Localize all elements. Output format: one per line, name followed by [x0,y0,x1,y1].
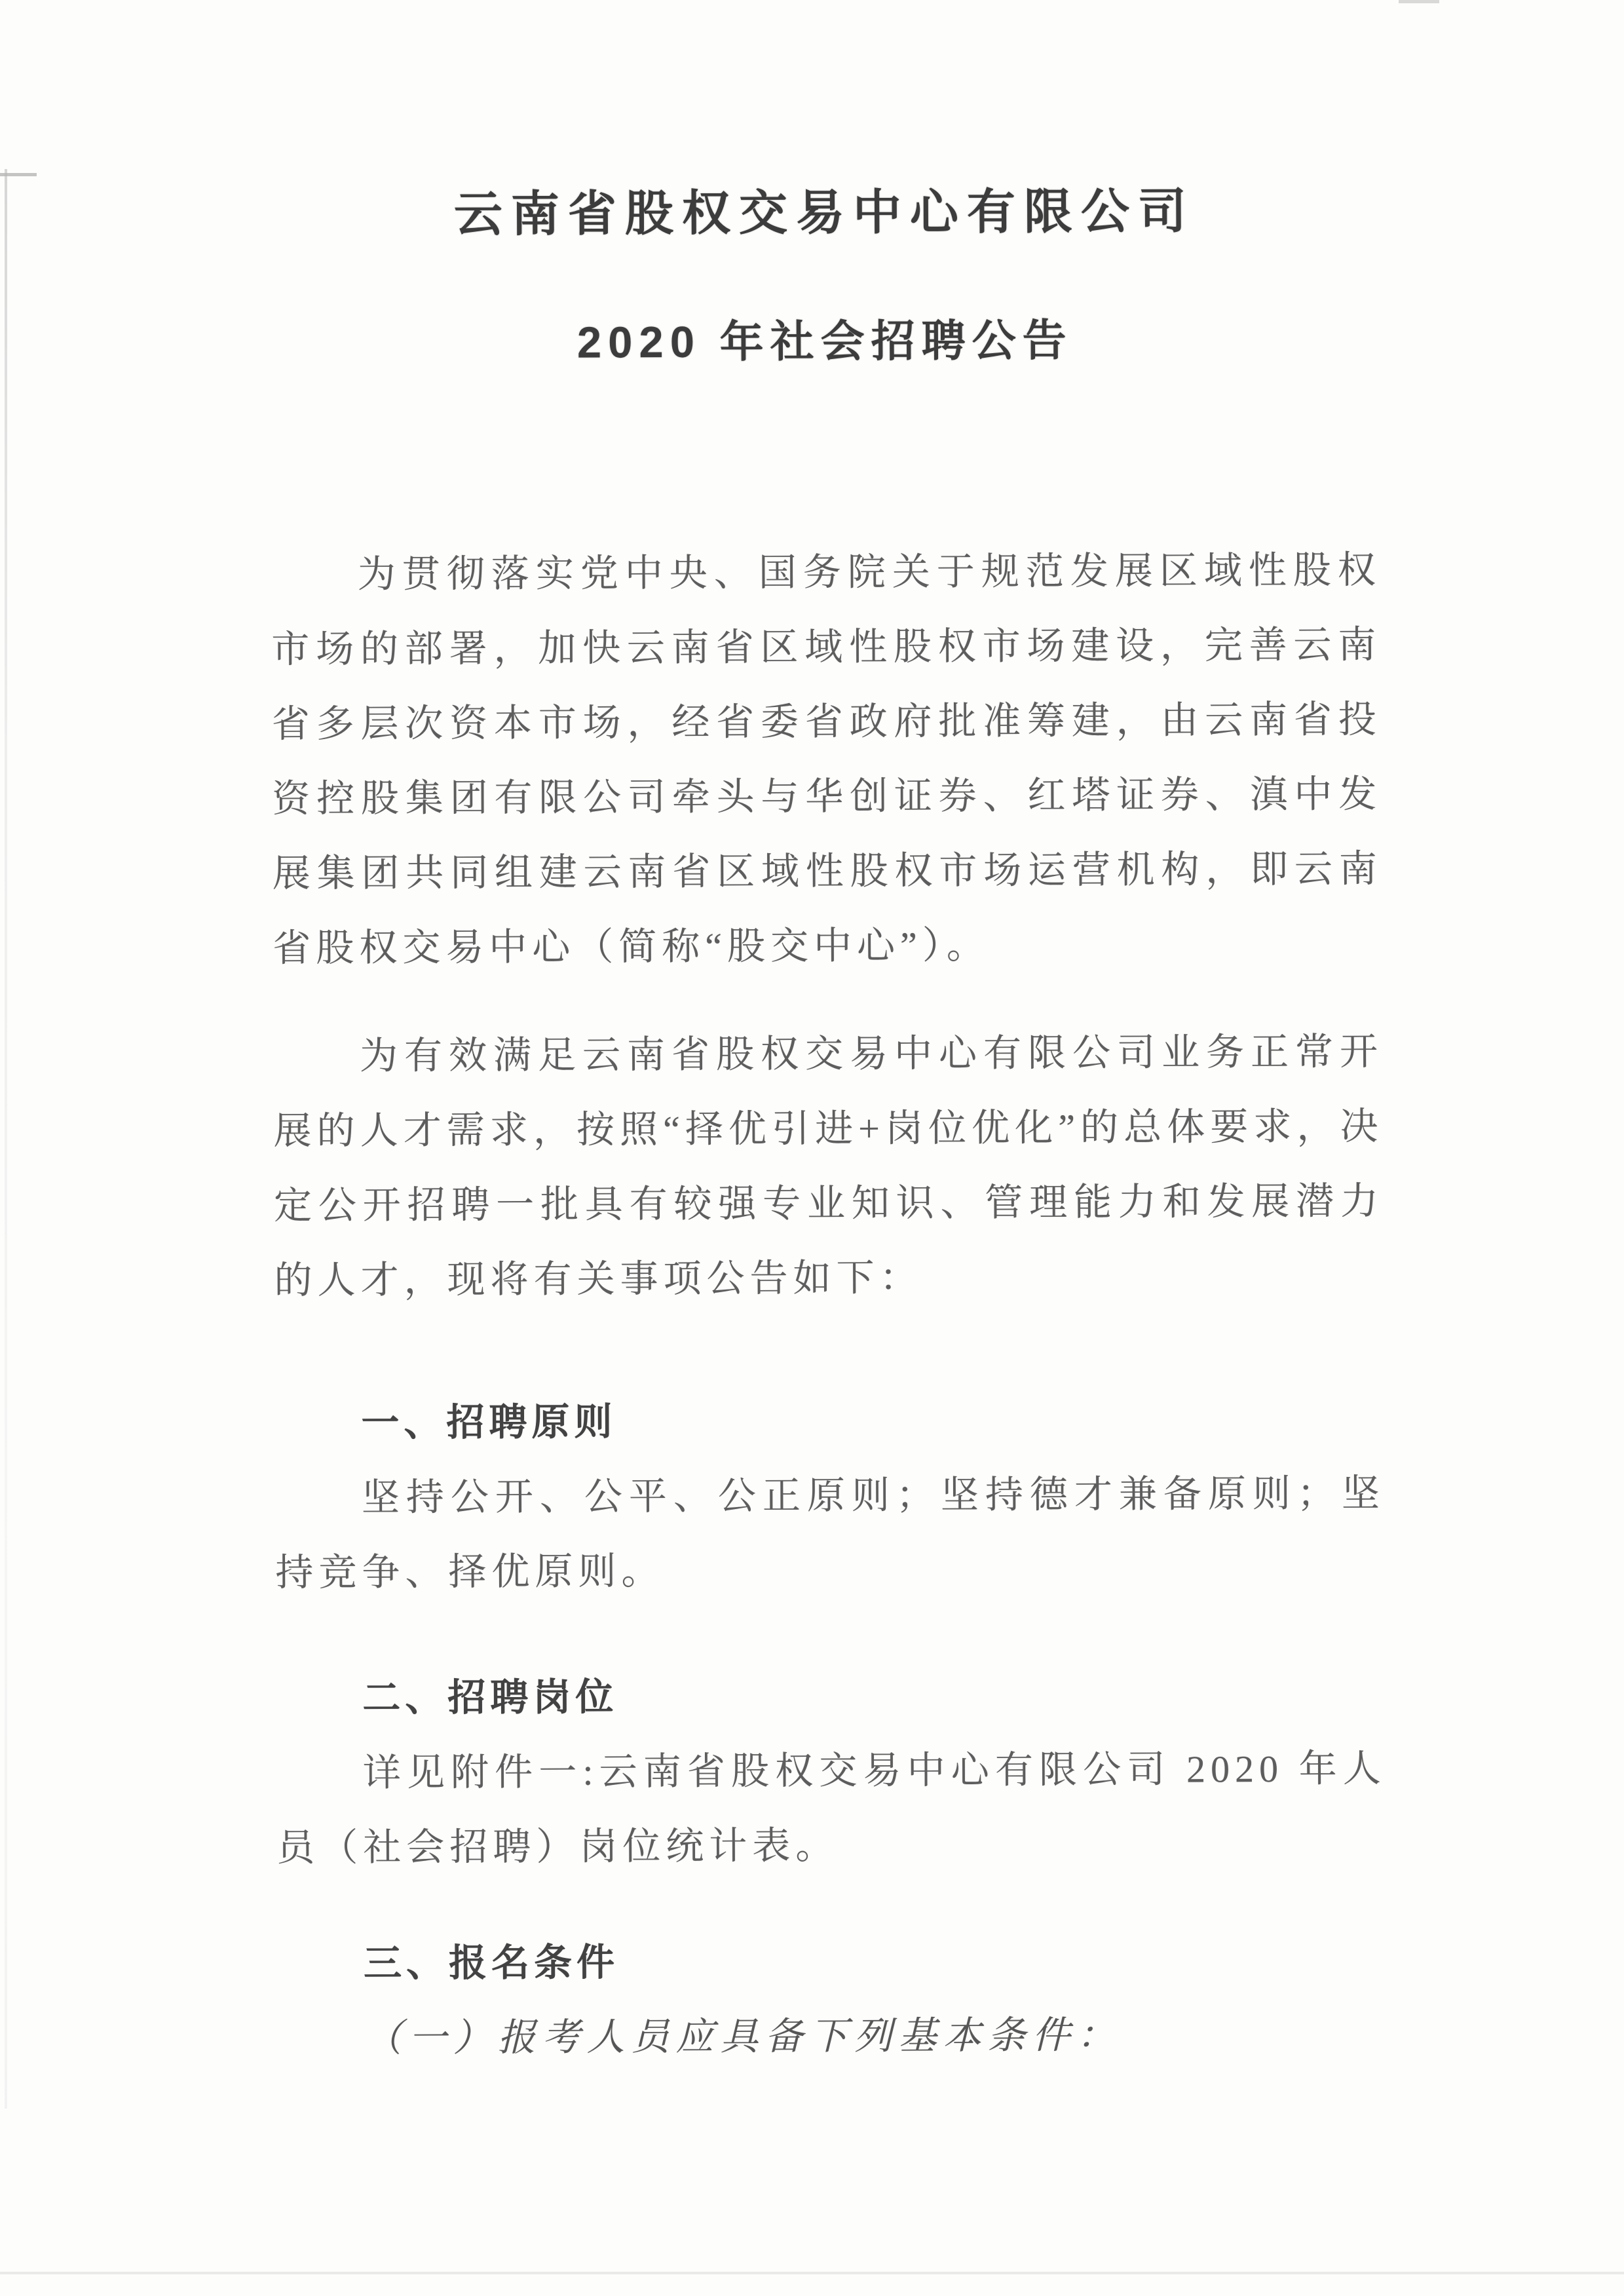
scanned-document-page: 云南省股权交易中心有限公司 2020 年社会招聘公告 为贯彻落实党中央、国务院关… [0,0,1624,2296]
intro-paragraph-2: 为有效满足云南省股权交易中心有限公司业务正常开展的人才需求，按照“择优引进+岗位… [273,1014,1384,1318]
section-1-heading: 一、招聘原则 [274,1381,1384,1461]
document-content: 云南省股权交易中心有限公司 2020 年社会招聘公告 为贯彻落实党中央、国务院关… [269,0,1388,2076]
document-title: 云南省股权交易中心有限公司 [269,0,1380,253]
scan-artifact-bottom-edge-line [0,2272,1624,2274]
section-3-heading: 三、报名条件 [277,1922,1387,2001]
section-2-heading: 二、招聘岗位 [276,1656,1386,1736]
scan-artifact-top-smudge [1399,0,1439,3]
section-1-body: 坚持公开、公平、公正原则；坚持德才兼备原则；坚持竞争、择优原则。 [275,1456,1386,1610]
section-2-body: 详见附件一:云南省股权交易中心有限公司 2020 年人员（社会招聘）岗位统计表。 [276,1731,1387,1885]
section-3-body: （一）报考人员应具备下列基本条件： [277,1997,1387,2076]
intro-paragraph-1: 为贯彻落实党中央、国务院关于规范发展区域性股权市场的部署，加快云南省区域性股权市… [271,533,1383,985]
document-subtitle: 2020 年社会招聘公告 [270,302,1380,381]
scan-artifact-left-edge-line [5,169,7,2109]
scan-artifact-left-tick [0,173,37,176]
